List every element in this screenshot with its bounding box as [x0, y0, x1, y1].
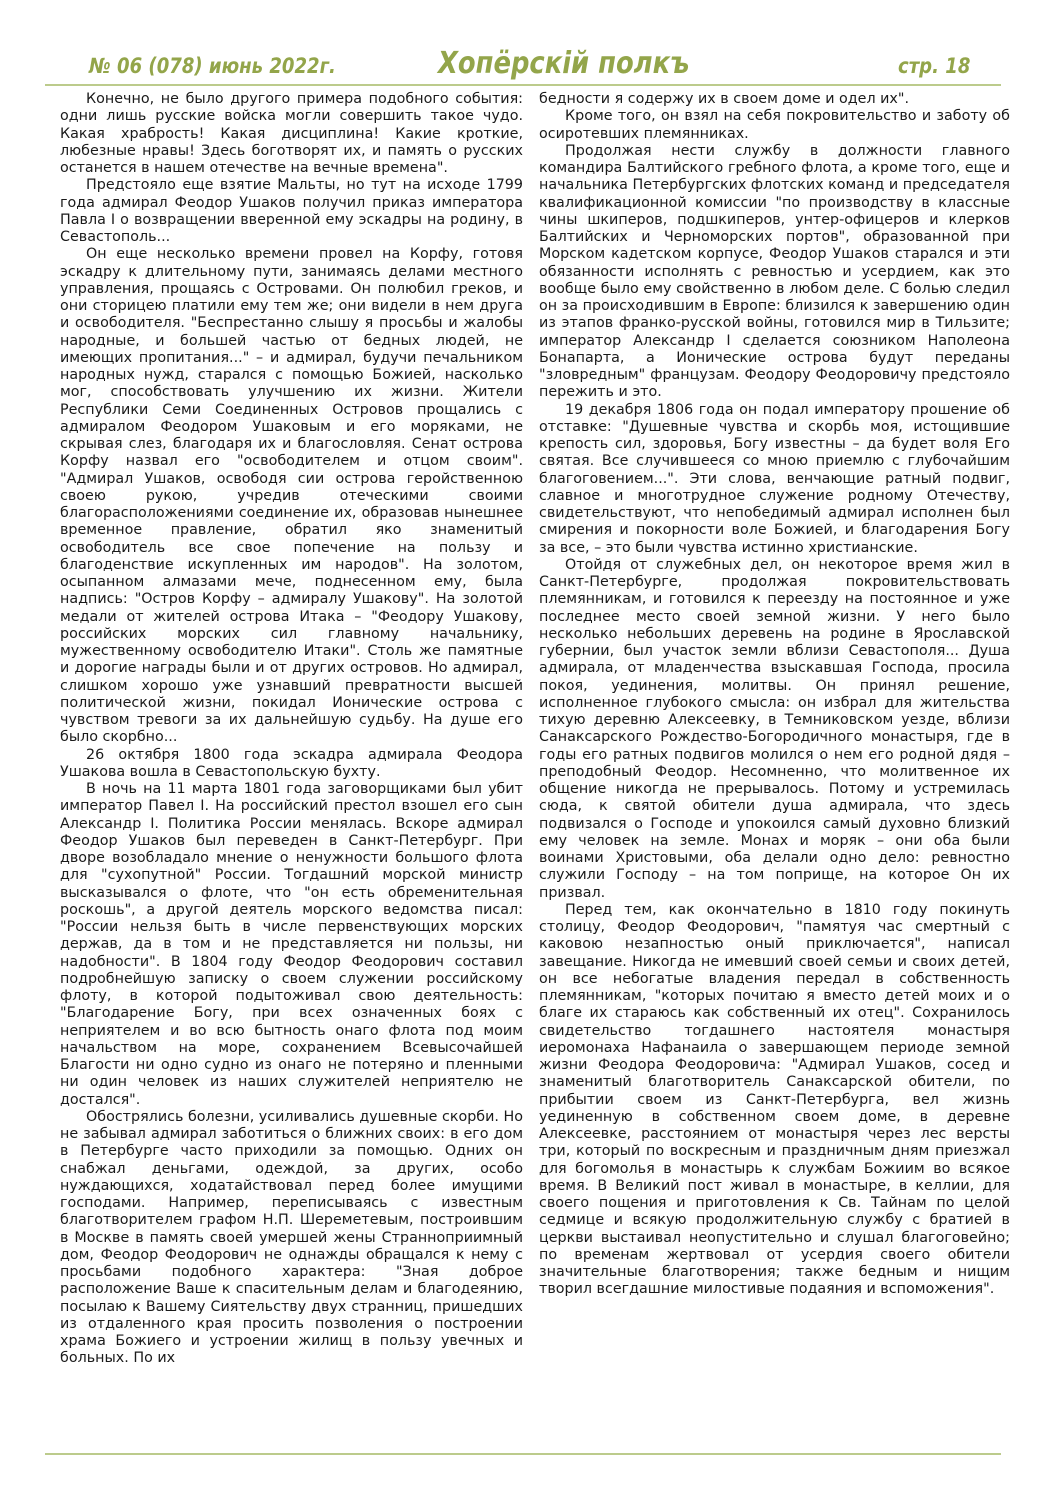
- article-column-left: Конечно, не было другого примера подобно…: [60, 91, 523, 1368]
- paragraph: Продолжая нести службу в должности главн…: [539, 143, 1010, 402]
- paragraph: Перед тем, как окончательно в 1810 году …: [539, 902, 1010, 1299]
- paragraph: Конечно, не было другого примера подобно…: [60, 91, 523, 177]
- paragraph: 26 октября 1800 года эскадра адмирала Фе…: [60, 747, 523, 782]
- paragraph: Обострялись болезни, усиливались душевны…: [60, 1109, 523, 1368]
- paragraph: Предстояло еще взятие Мальты, но тут на …: [60, 177, 523, 246]
- paragraph: В ночь на 11 марта 1801 года заговорщика…: [60, 781, 523, 1109]
- issue-number: № 06 (078) июнь 2022г.: [89, 54, 336, 78]
- footer-divider: [45, 1453, 1001, 1455]
- paragraph: 19 декабря 1806 года он подал императору…: [539, 402, 1010, 557]
- paragraph-continuation: бедности я содержу их в своем доме и оде…: [539, 91, 1010, 108]
- page-number: стр. 18: [898, 54, 970, 78]
- paragraph: Отойдя от служебных дел, он некоторое вр…: [539, 557, 1010, 902]
- publication-title: Хопёрскiй полкъ: [438, 46, 689, 81]
- paragraph: Он еще несколько времени провел на Корфу…: [60, 246, 523, 746]
- header-divider: [45, 84, 1001, 86]
- article-column-right: бедности я содержу их в своем доме и оде…: [539, 91, 1010, 1299]
- paragraph: Кроме того, он взял на себя покровительс…: [539, 108, 1010, 143]
- page-header: № 06 (078) июнь 2022г. Хопёрскiй полкъ с…: [45, 44, 1000, 84]
